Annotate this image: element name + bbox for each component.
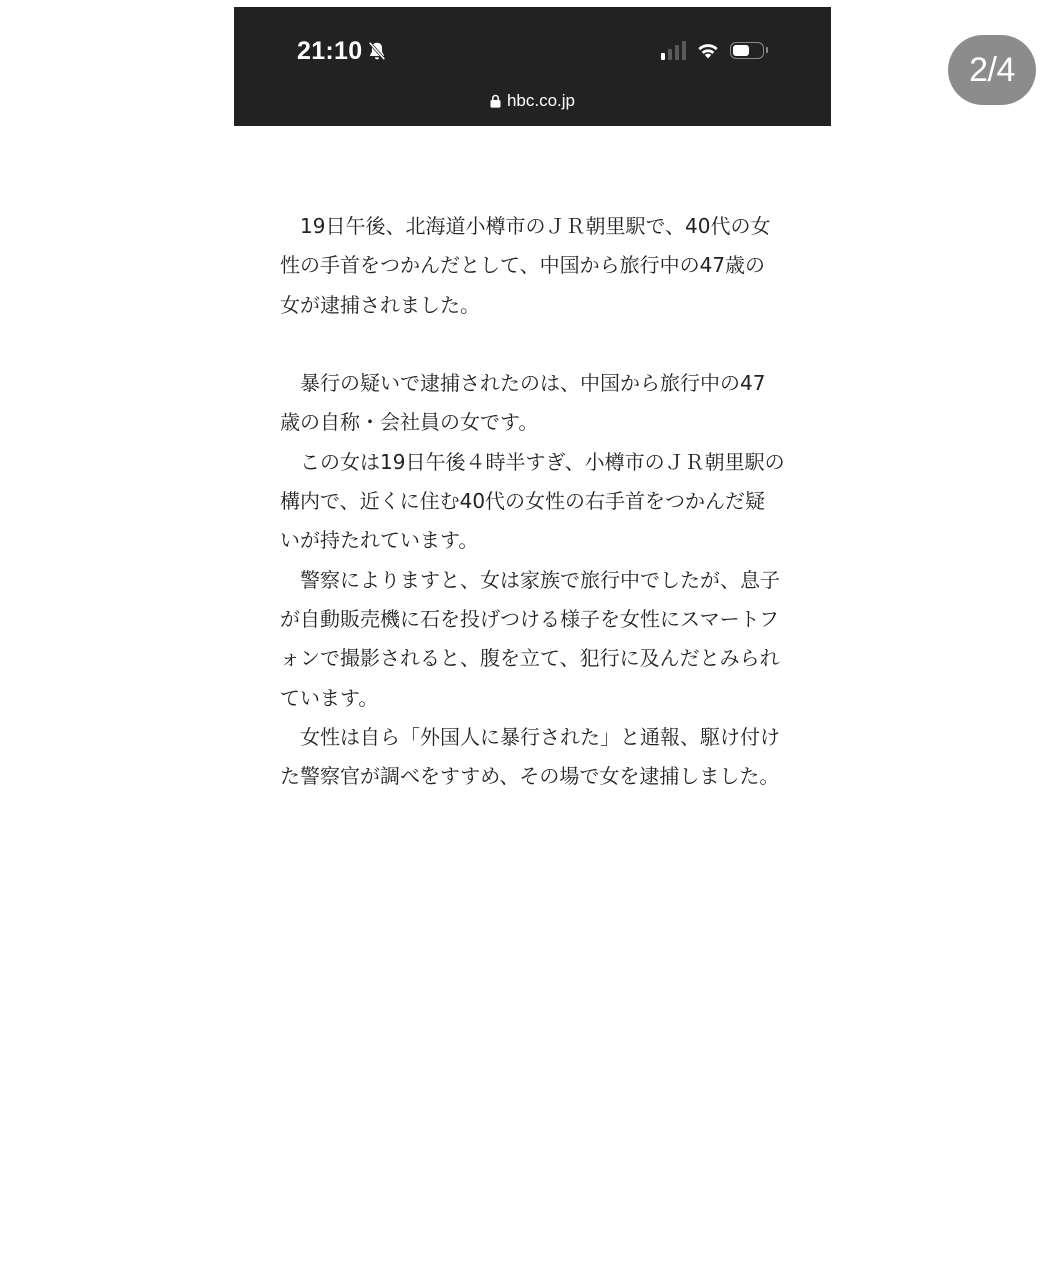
page-indicator-badge: 2/4	[948, 35, 1036, 105]
signal-bar	[682, 41, 686, 60]
battery-cap	[766, 47, 768, 53]
battery-icon	[730, 42, 768, 59]
cellular-signal-icon	[661, 40, 686, 60]
bell-slash-icon	[366, 40, 388, 62]
article-paragraph: 暴行の疑いで逮捕されたのは、中国から旅行中の47歳の自称・会社員の女です。	[280, 364, 785, 443]
phone-status-bar: 21:10 hbc.c	[234, 7, 831, 126]
battery-fill	[733, 45, 749, 56]
signal-bar	[661, 53, 665, 60]
paragraph-spacer	[280, 325, 785, 364]
battery-body	[730, 42, 764, 59]
article-body: 19日午後、北海道小樽市のＪＲ朝里駅で、40代の女性の手首をつかんだとして、中国…	[280, 207, 785, 796]
article-paragraph: 警察によりますと、女は家族で旅行中でしたが、息子が自動販売機に石を投げつける様子…	[280, 561, 785, 718]
lock-icon	[490, 94, 501, 108]
article-paragraph: 19日午後、北海道小樽市のＪＲ朝里駅で、40代の女性の手首をつかんだとして、中国…	[280, 207, 785, 325]
time-group: 21:10	[297, 37, 388, 65]
wifi-icon	[696, 40, 720, 60]
signal-bar	[668, 49, 672, 60]
signal-bar	[675, 45, 679, 60]
clock-time: 21:10	[297, 37, 362, 65]
status-icons	[661, 40, 768, 60]
address-bar[interactable]: hbc.co.jp	[234, 91, 831, 111]
article-paragraph: 女性は自ら「外国人に暴行された」と通報、駆け付けた警察官が調べをすすめ、その場で…	[280, 718, 785, 797]
article-paragraph: この女は19日午後４時半すぎ、小樽市のＪＲ朝里駅の構内で、近くに住む40代の女性…	[280, 443, 785, 561]
url-text: hbc.co.jp	[507, 91, 575, 111]
